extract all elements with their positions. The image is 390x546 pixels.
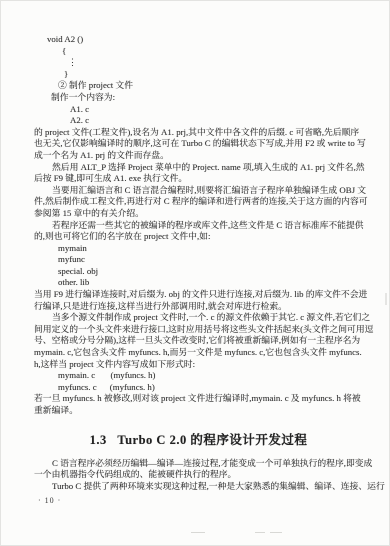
text-line: 行编译,只是进行连接,这样当进行外部调用时,就会对库进行检索。 bbox=[34, 301, 363, 313]
text-line: ② 制作 project 文件 bbox=[34, 80, 363, 92]
text-line: 后按 F9 键,即可生成 A1. exe 执行文件。 bbox=[34, 173, 363, 185]
text-line: 当用 F9 进行编译连接时,对后缀为. obj 的文件只进行连接,对后缀为. l… bbox=[34, 289, 363, 301]
text-line: 当要用汇编语言和 C 语言混合编程时,则要将汇编语言子程序单独编译生成 OBJ … bbox=[34, 185, 363, 197]
text-line: A1. c bbox=[34, 104, 363, 116]
text-line: 件,然后制作成工程文件,再进行对 C 程序的编译和进行两者的连接,关于这方面的内… bbox=[34, 196, 363, 208]
text-line: 重新编译。 bbox=[34, 405, 363, 417]
text-line: void A2 () bbox=[34, 34, 363, 46]
page-number: · 10 · bbox=[34, 496, 363, 505]
text-line: 然后用 ALT_P 选择 Project 菜单中的 Project. name … bbox=[34, 162, 363, 174]
text-line: 一个由机器指令代码组成的、能被硬件执行的程序。 bbox=[34, 469, 363, 481]
text-line: 的,则也可将它们的名字放在 project 文件中,如: bbox=[34, 231, 363, 243]
scan-artifact bbox=[385, 293, 387, 305]
text-line: A2. c bbox=[34, 115, 363, 127]
text-line: 当多个源文件制作成 project 文件时,一个. c 的源文件依赖于其它. c… bbox=[34, 312, 363, 324]
body-text-top: void A2 (){⋮}② 制作 project 文件制作一个内容为:A1. … bbox=[34, 34, 363, 417]
section-heading: 1.3 Turbo C 2.0 的程序设计开发过程 bbox=[34, 430, 363, 448]
scan-artifact bbox=[191, 532, 205, 533]
text-line: ⋮ bbox=[34, 57, 363, 69]
text-line: h,这样当 project 文件内容写成如下形式时: bbox=[34, 359, 363, 371]
scan-artifact bbox=[255, 532, 265, 533]
scan-artifact bbox=[270, 532, 282, 533]
text-line: { bbox=[34, 46, 363, 58]
text-line: other. lib bbox=[34, 277, 363, 289]
text-line: special. obj bbox=[34, 266, 363, 278]
text-line: 若一旦 myfuncs. h 被修改,则对该 project 文件进行编译时,m… bbox=[34, 393, 363, 405]
text-line: 间用定义的一个头文件来进行接口,这时应用括号将这些头文件括起来(头文件之间可用逗 bbox=[34, 324, 363, 336]
text-line: 的 project 文件(工程文件),设名为 A1. prj,其中文件中各文件的… bbox=[34, 127, 363, 139]
text-line: 也无关,它仅影响编译时的顺序,这可在 Turbo C 的编辑状态下写成,并用 F… bbox=[34, 138, 363, 150]
scanned-page: void A2 (){⋮}② 制作 project 文件制作一个内容为:A1. … bbox=[0, 0, 390, 546]
text-line: Turbo C 提供了两种环境来实现这种过程,一种是大家熟悉的集编辑、编译、连接… bbox=[34, 481, 363, 493]
text-line: 号、空格或分号分隔),这样一旦头文件改变时,它们将被重新编译,例如有一主程序名为 bbox=[34, 335, 363, 347]
text-line: mymain. c,它包含头文件 myfuncs. h,而另一文件是 myfun… bbox=[34, 347, 363, 359]
text-line: C 语言程序必须经历编辑—编译—连接过程,才能变成一个可单独执行的程序,即变成 bbox=[34, 458, 363, 470]
text-line: 若程序还需一些其它的被编译的程序或库文件,这些文件是 C 语言标准库不能提供 bbox=[34, 220, 363, 232]
text-line: mymain. c (myfuncs. h) bbox=[34, 370, 363, 382]
text-line: 成一个名为 A1. prj 的文件而存盘。 bbox=[34, 150, 363, 162]
text-column: void A2 (){⋮}② 制作 project 文件制作一个内容为:A1. … bbox=[34, 34, 363, 505]
body-text-bottom: C 语言程序必须经历编辑—编译—连接过程,才能变成一个可单独执行的程序,即变成一… bbox=[34, 458, 363, 493]
text-line: 制作一个内容为: bbox=[34, 92, 363, 104]
text-line: } bbox=[34, 69, 363, 81]
text-line: 参阅第 15 章中的有关介绍。 bbox=[34, 208, 363, 220]
text-line: myfuncs. c (myfuncs. h) bbox=[34, 382, 363, 394]
text-line: mymain bbox=[34, 243, 363, 255]
text-line: myfunc bbox=[34, 254, 363, 266]
